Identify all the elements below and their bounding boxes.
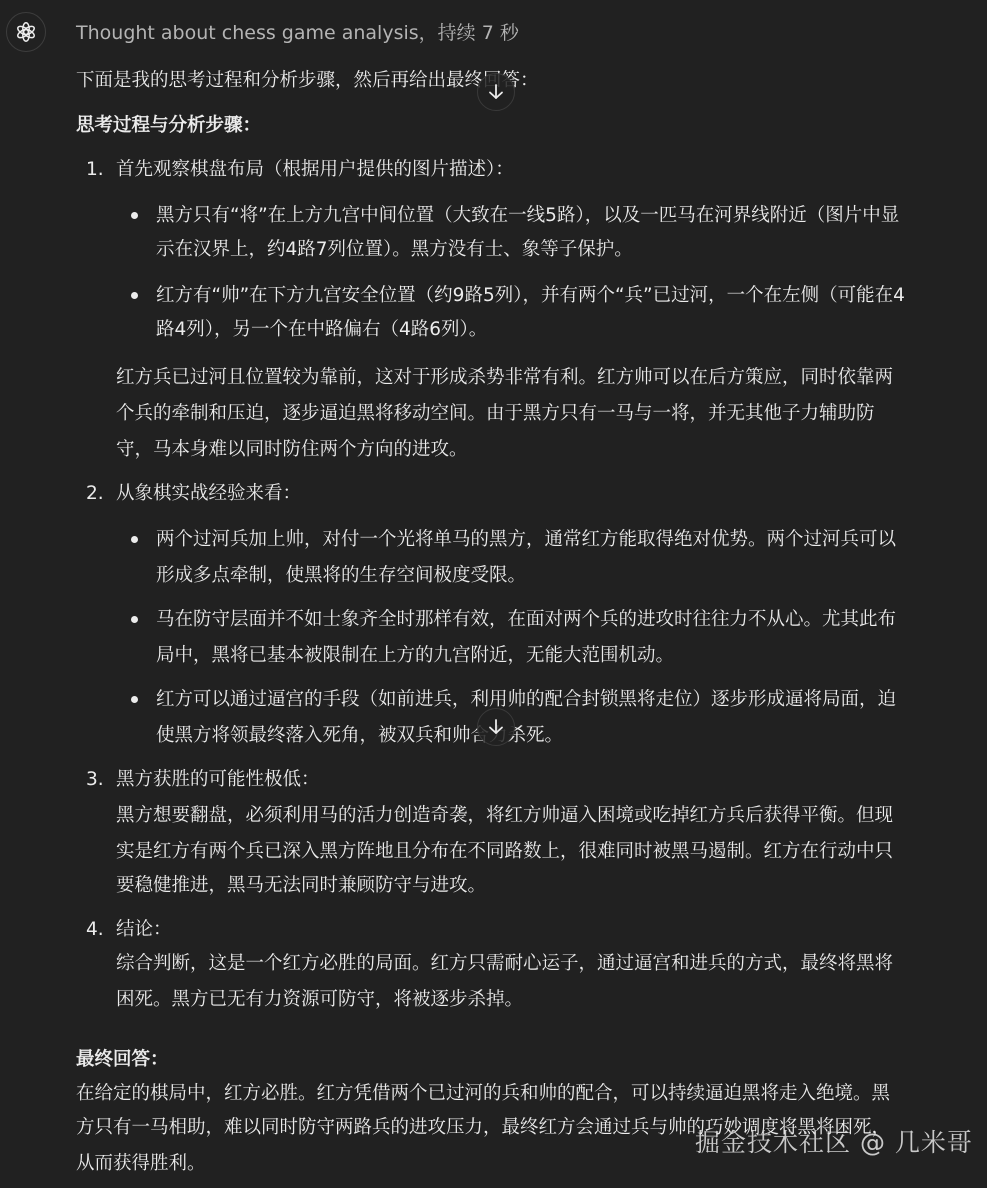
bullet-line: 红方有“帅”在下方九宫安全位置（约9路5列），并有两个“兵”已过河，一个在左侧（… (156, 282, 905, 310)
final-answer-line: 从而获得胜利。 (76, 1150, 206, 1178)
bullet-icon (131, 292, 138, 299)
thought-summary-toggle[interactable]: Thought about chess game analysis，持续 7 秒 (76, 18, 519, 45)
bullet-line: 路4列），另一个在中路偏右（4路6列）。 (156, 316, 487, 344)
bullet-line: 形成多点牵制，使黑将的生存空间极度受限。 (156, 562, 526, 590)
paragraph-line: 个兵的牵制和压迫，逐步逼迫黑将移动空间。由于黑方只有一马与一将，并无其他子力辅助… (116, 400, 875, 428)
scroll-to-bottom-button[interactable] (477, 73, 515, 111)
bullet-icon (131, 212, 138, 219)
paragraph-line: 要稳健推进，黑马无法同时兼顾防守与进攻。 (116, 872, 486, 900)
scroll-to-bottom-button[interactable] (477, 708, 515, 746)
paragraph-line: 红方兵已过河且位置较为靠前，这对于形成杀势非常有利。红方帅可以在后方策应，同时依… (116, 364, 893, 392)
step-number: 3. (86, 766, 104, 794)
arrow-down-icon (487, 718, 505, 736)
openai-logo-icon (14, 20, 38, 44)
step-title: 结论： (116, 916, 172, 944)
paragraph-line: 黑方想要翻盘，必须利用马的活力创造奇袭，将红方帅逼入困境或吃掉红方兵后获得平衡。… (116, 802, 893, 830)
bullet-icon (131, 696, 138, 703)
paragraph-line: 综合判断，这是一个红方必胜的局面。红方只需耐心运子，通过逼宫和进兵的方式，最终将… (116, 950, 893, 978)
arrow-down-icon (487, 83, 505, 101)
step-number: 1. (86, 156, 104, 184)
step-number: 4. (86, 916, 104, 944)
step-title: 黑方获胜的可能性极低： (116, 766, 320, 794)
section-title: 思考过程与分析步骤： (76, 112, 261, 140)
bullet-icon (131, 616, 138, 623)
assistant-avatar (6, 12, 46, 52)
paragraph-line: 实是红方有两个兵已深入黑方阵地且分布在不同路数上，很难同时被黑马遏制。红方在行动… (116, 838, 893, 866)
bullet-icon (131, 536, 138, 543)
final-answer-line: 在给定的棋局中，红方必胜。红方凭借两个已过河的兵和帅的配合，可以持续逼迫黑将走入… (76, 1080, 890, 1108)
bullet-line: 两个过河兵加上帅，对付一个光将单马的黑方，通常红方能取得绝对优势。两个过河兵可以 (156, 526, 896, 554)
paragraph-line: 困死。黑方已无有力资源可防守，将被逐步杀掉。 (116, 986, 523, 1014)
paragraph-line: 守，马本身难以同时防住两个方向的进攻。 (116, 436, 468, 464)
step-title: 首先观察棋盘布局（根据用户提供的图片描述）： (116, 156, 514, 184)
intro-text: 下面是我的思考过程和分析步骤，然后再给出最终回答： (76, 67, 539, 95)
final-answer-title: 最终回答： (76, 1046, 169, 1074)
bullet-line: 马在防守层面并不如士象齐全时那样有效，在面对两个兵的进攻时往往力不从心。尤其此布 (156, 606, 896, 634)
step-title: 从象棋实战经验来看： (116, 480, 301, 508)
bullet-line: 示在汉界上，约4路7列位置）。黑方没有士、象等子保护。 (156, 236, 633, 264)
bullet-line: 黑方只有“将”在上方九宫中间位置（大致在一线5路），以及一匹马在河界线附近（图片… (156, 202, 899, 230)
step-number: 2. (86, 480, 104, 508)
bullet-line: 局中，黑将已基本被限制在上方的九宫附近，无能大范围机动。 (156, 642, 674, 670)
bullet-line: 红方可以通过逼宫的手段（如前进兵，利用帅的配合封锁黑将走位）逐步形成逼将局面，迫 (156, 686, 896, 714)
watermark: 掘金技术社区 @ 几米哥 (695, 1123, 973, 1159)
